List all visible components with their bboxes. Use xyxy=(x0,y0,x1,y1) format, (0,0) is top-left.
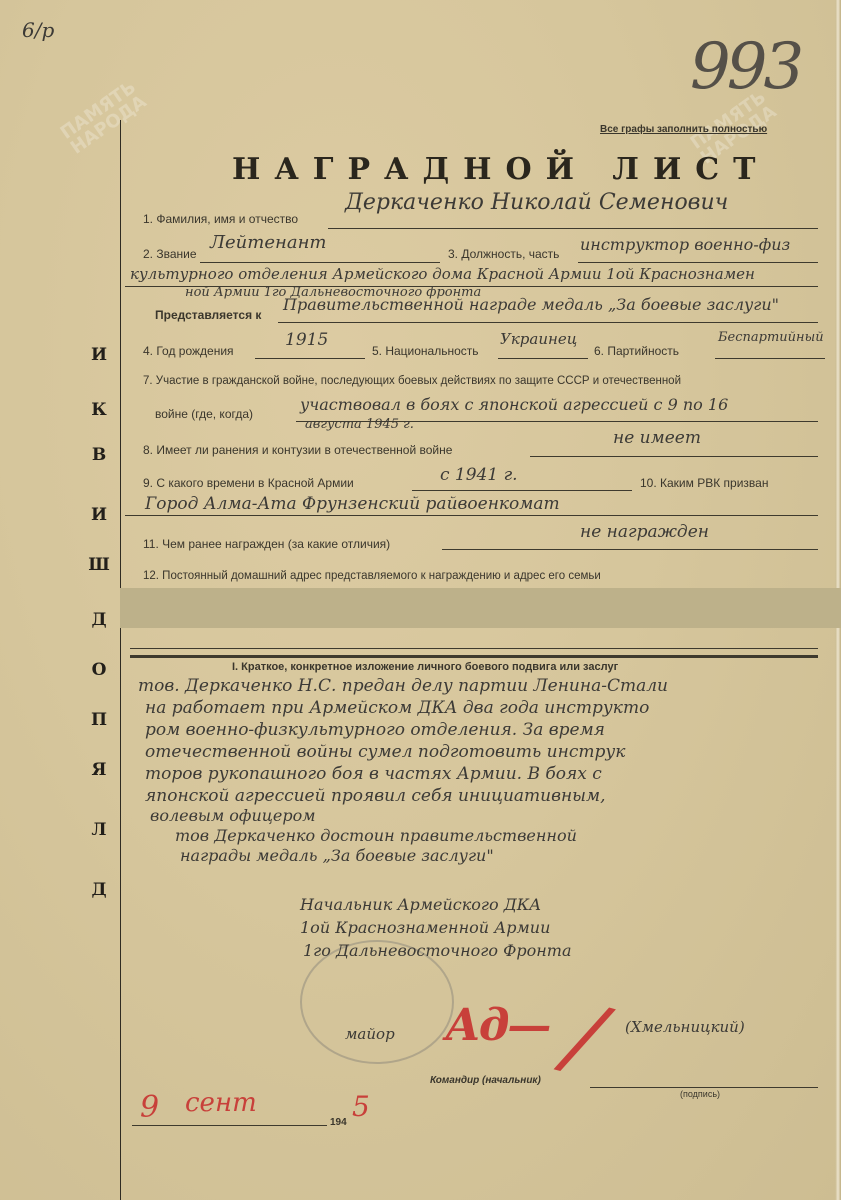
date-day: 9 xyxy=(140,1090,159,1125)
field-10-value: Город Алма-Ата Фрунзенский райвоенкомат xyxy=(145,494,560,514)
field-4-value: 1915 xyxy=(285,330,328,350)
page-number-handwritten: 993 xyxy=(690,30,800,104)
signatory-name: (Хмельницкий) xyxy=(625,1018,745,1036)
field-8-label: 8. Имеет ли ранения и контузии в отечест… xyxy=(143,443,452,457)
merit-line: на работает при Армейском ДКА два года и… xyxy=(145,698,649,718)
field-2-label: 2. Звание xyxy=(143,247,197,261)
signature-mark: Ад— xyxy=(445,1000,549,1051)
merit-line: отечественной войны сумел подготовить ин… xyxy=(145,742,625,762)
section-heading: I. Краткое, конкретное изложение личного… xyxy=(232,661,618,673)
side-letter: И xyxy=(88,505,110,525)
field-3-value-2: культурного отделения Армейского дома Кр… xyxy=(130,265,755,283)
section-divider-thin xyxy=(130,648,818,649)
merit-line: награды медаль „За боевые заслуги" xyxy=(180,846,494,865)
field-10-line xyxy=(125,515,818,516)
nominated-line xyxy=(278,322,818,323)
field-8-line xyxy=(530,456,818,457)
side-letter: П xyxy=(88,710,110,730)
field-3-label: 3. Должность, часть xyxy=(448,247,559,261)
field-5-label: 5. Национальность xyxy=(372,344,479,358)
field-12-label: 12. Постоянный домашний адрес представля… xyxy=(143,570,601,582)
field-11-value: не награжден xyxy=(580,522,709,542)
field-7-label-1: 7. Участие в гражданской войне, последую… xyxy=(143,375,681,387)
nominated-label: Представляется к xyxy=(155,308,261,322)
signature-line xyxy=(590,1087,818,1088)
side-letter: К xyxy=(88,400,110,420)
signatory-line: Начальник Армейского ДКА xyxy=(300,895,541,914)
redacted-address-band xyxy=(120,588,841,628)
date-year-prefix: 194 xyxy=(330,1117,347,1128)
field-2-line xyxy=(200,262,440,263)
field-2-value: Лейтенант xyxy=(210,232,327,253)
merit-line: торов рукопашного боя в частях Армии. В … xyxy=(145,764,602,784)
field-9-value: с 1941 г. xyxy=(440,465,518,485)
field-9-label: 9. С какого времени в Красной Армии xyxy=(143,476,354,490)
side-letter: О xyxy=(88,660,110,680)
commander-label: Командир (начальник) xyxy=(430,1075,541,1086)
field-4-line xyxy=(255,358,365,359)
merit-line: ром военно-физкультурного отделения. За … xyxy=(145,720,605,740)
field-5-value: Украинец xyxy=(500,330,577,348)
archive-number: 6/р xyxy=(22,18,54,42)
signature-caption: (подпись) xyxy=(680,1089,720,1099)
field-7-value-2: августа 1945 г. xyxy=(305,417,414,432)
date-month: сент xyxy=(185,1088,257,1118)
section-divider-thick xyxy=(130,655,818,658)
side-letter: Л xyxy=(88,820,110,840)
date-line xyxy=(132,1125,327,1126)
binding-margin-rule xyxy=(120,120,121,1200)
side-letter: Я xyxy=(88,760,110,780)
side-letter: Д xyxy=(88,880,110,900)
signatory-line: 1ой Краснознаменной Армии xyxy=(300,918,550,937)
instruction-note: Все графы заполнить полностью xyxy=(600,124,767,135)
signatory-line: 1го Дальневосточного Фронта xyxy=(303,941,571,960)
side-letter: И xyxy=(88,345,110,365)
merit-line: японской агрессией проявил себя инициати… xyxy=(145,786,606,806)
merit-line: волевым офицером xyxy=(150,806,316,825)
field-7-value-1: участвовал в боях с японской агрессией с… xyxy=(300,395,728,414)
side-letter: В xyxy=(88,445,110,465)
field-1-line xyxy=(328,228,818,229)
field-5-line xyxy=(498,358,588,359)
side-letter: Д xyxy=(88,610,110,630)
field-10-label: 10. Каким РВК призван xyxy=(640,476,768,490)
field-3-value-1: инструктор военно-физ xyxy=(580,235,790,254)
page-title: НАГРАДНОЙ ЛИСТ xyxy=(232,152,770,187)
side-letter: Ш xyxy=(88,555,110,575)
field-11-line xyxy=(442,549,818,550)
field-1-value: Деркаченко Николай Семенович xyxy=(345,190,728,215)
field-6-line xyxy=(715,358,825,359)
field-6-value: Беспартийный xyxy=(718,330,824,345)
date-year-suffix: 5 xyxy=(352,1090,370,1123)
field-7-label-2: войне (где, когда) xyxy=(155,407,253,421)
merit-line: тов Деркаченко достоин правительственной xyxy=(175,826,577,845)
field-8-value: не имеет xyxy=(613,428,701,448)
merit-line: тов. Деркаченко Н.С. предан делу партии … xyxy=(138,676,668,696)
field-4-label: 4. Год рождения xyxy=(143,344,234,358)
field-3-line xyxy=(578,262,818,263)
nominated-value: Правительственной награде медаль „За бое… xyxy=(283,295,779,314)
field-6-label: 6. Партийность xyxy=(594,344,679,358)
field-11-label: 11. Чем ранее награжден (за какие отличи… xyxy=(143,537,390,551)
field-1-label: 1. Фамилия, имя и отчество xyxy=(143,212,298,226)
signatory-rank: майор xyxy=(345,1025,395,1043)
field-9-line xyxy=(412,490,632,491)
